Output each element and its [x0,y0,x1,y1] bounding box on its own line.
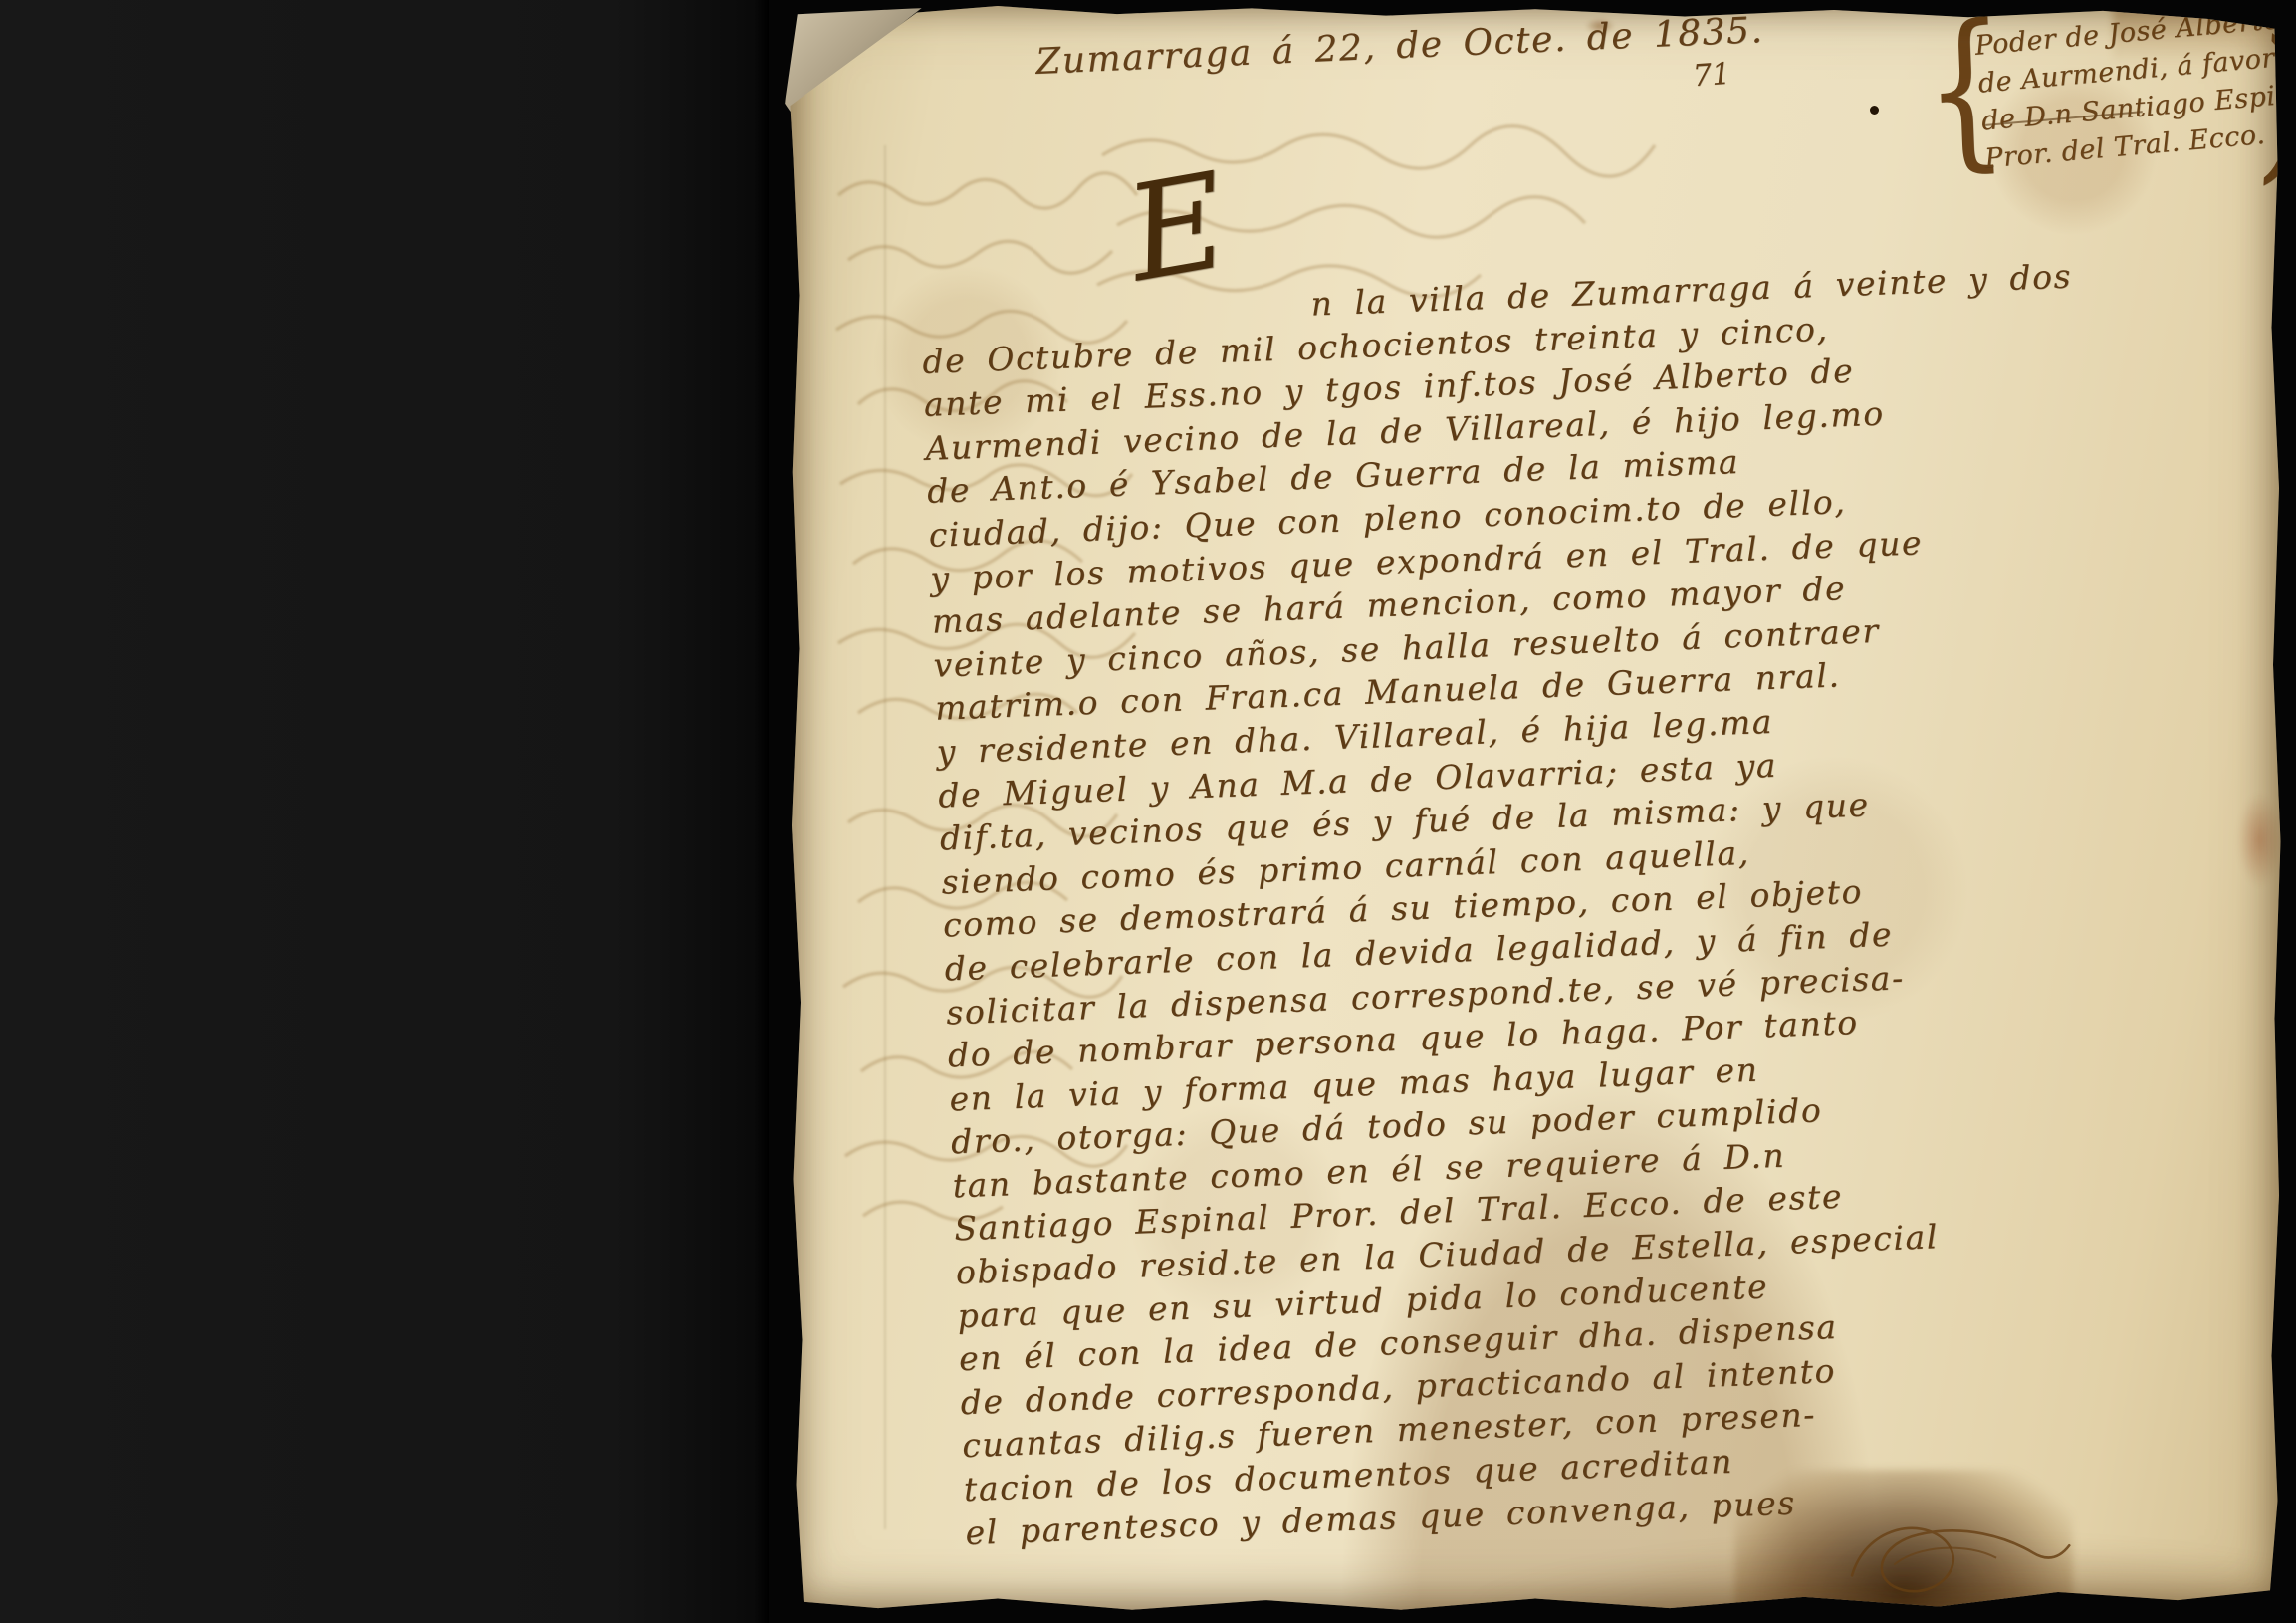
signature-flourish [1835,1502,2081,1613]
body-text: n la villa de Zumarraga á veinte y dos d… [920,246,2282,1554]
photograph-canvas: Zumarraga á 22, de Octe. de 1835. 71 { P… [0,0,2296,1623]
dark-background-panel [0,0,769,1623]
manuscript-page: Zumarraga á 22, de Octe. de 1835. 71 { P… [789,6,2282,1613]
dateline: Zumarraga á 22, de Octe. de 1835. [1034,10,1764,83]
folio-number: 71 [1692,57,1732,95]
margin-note: Poder de José Alberto de Aurmendi, á fav… [1973,6,2282,178]
initial-capital-E: E [1118,156,1235,301]
ink-blot [1870,106,1879,115]
paper-crease [884,145,886,1529]
